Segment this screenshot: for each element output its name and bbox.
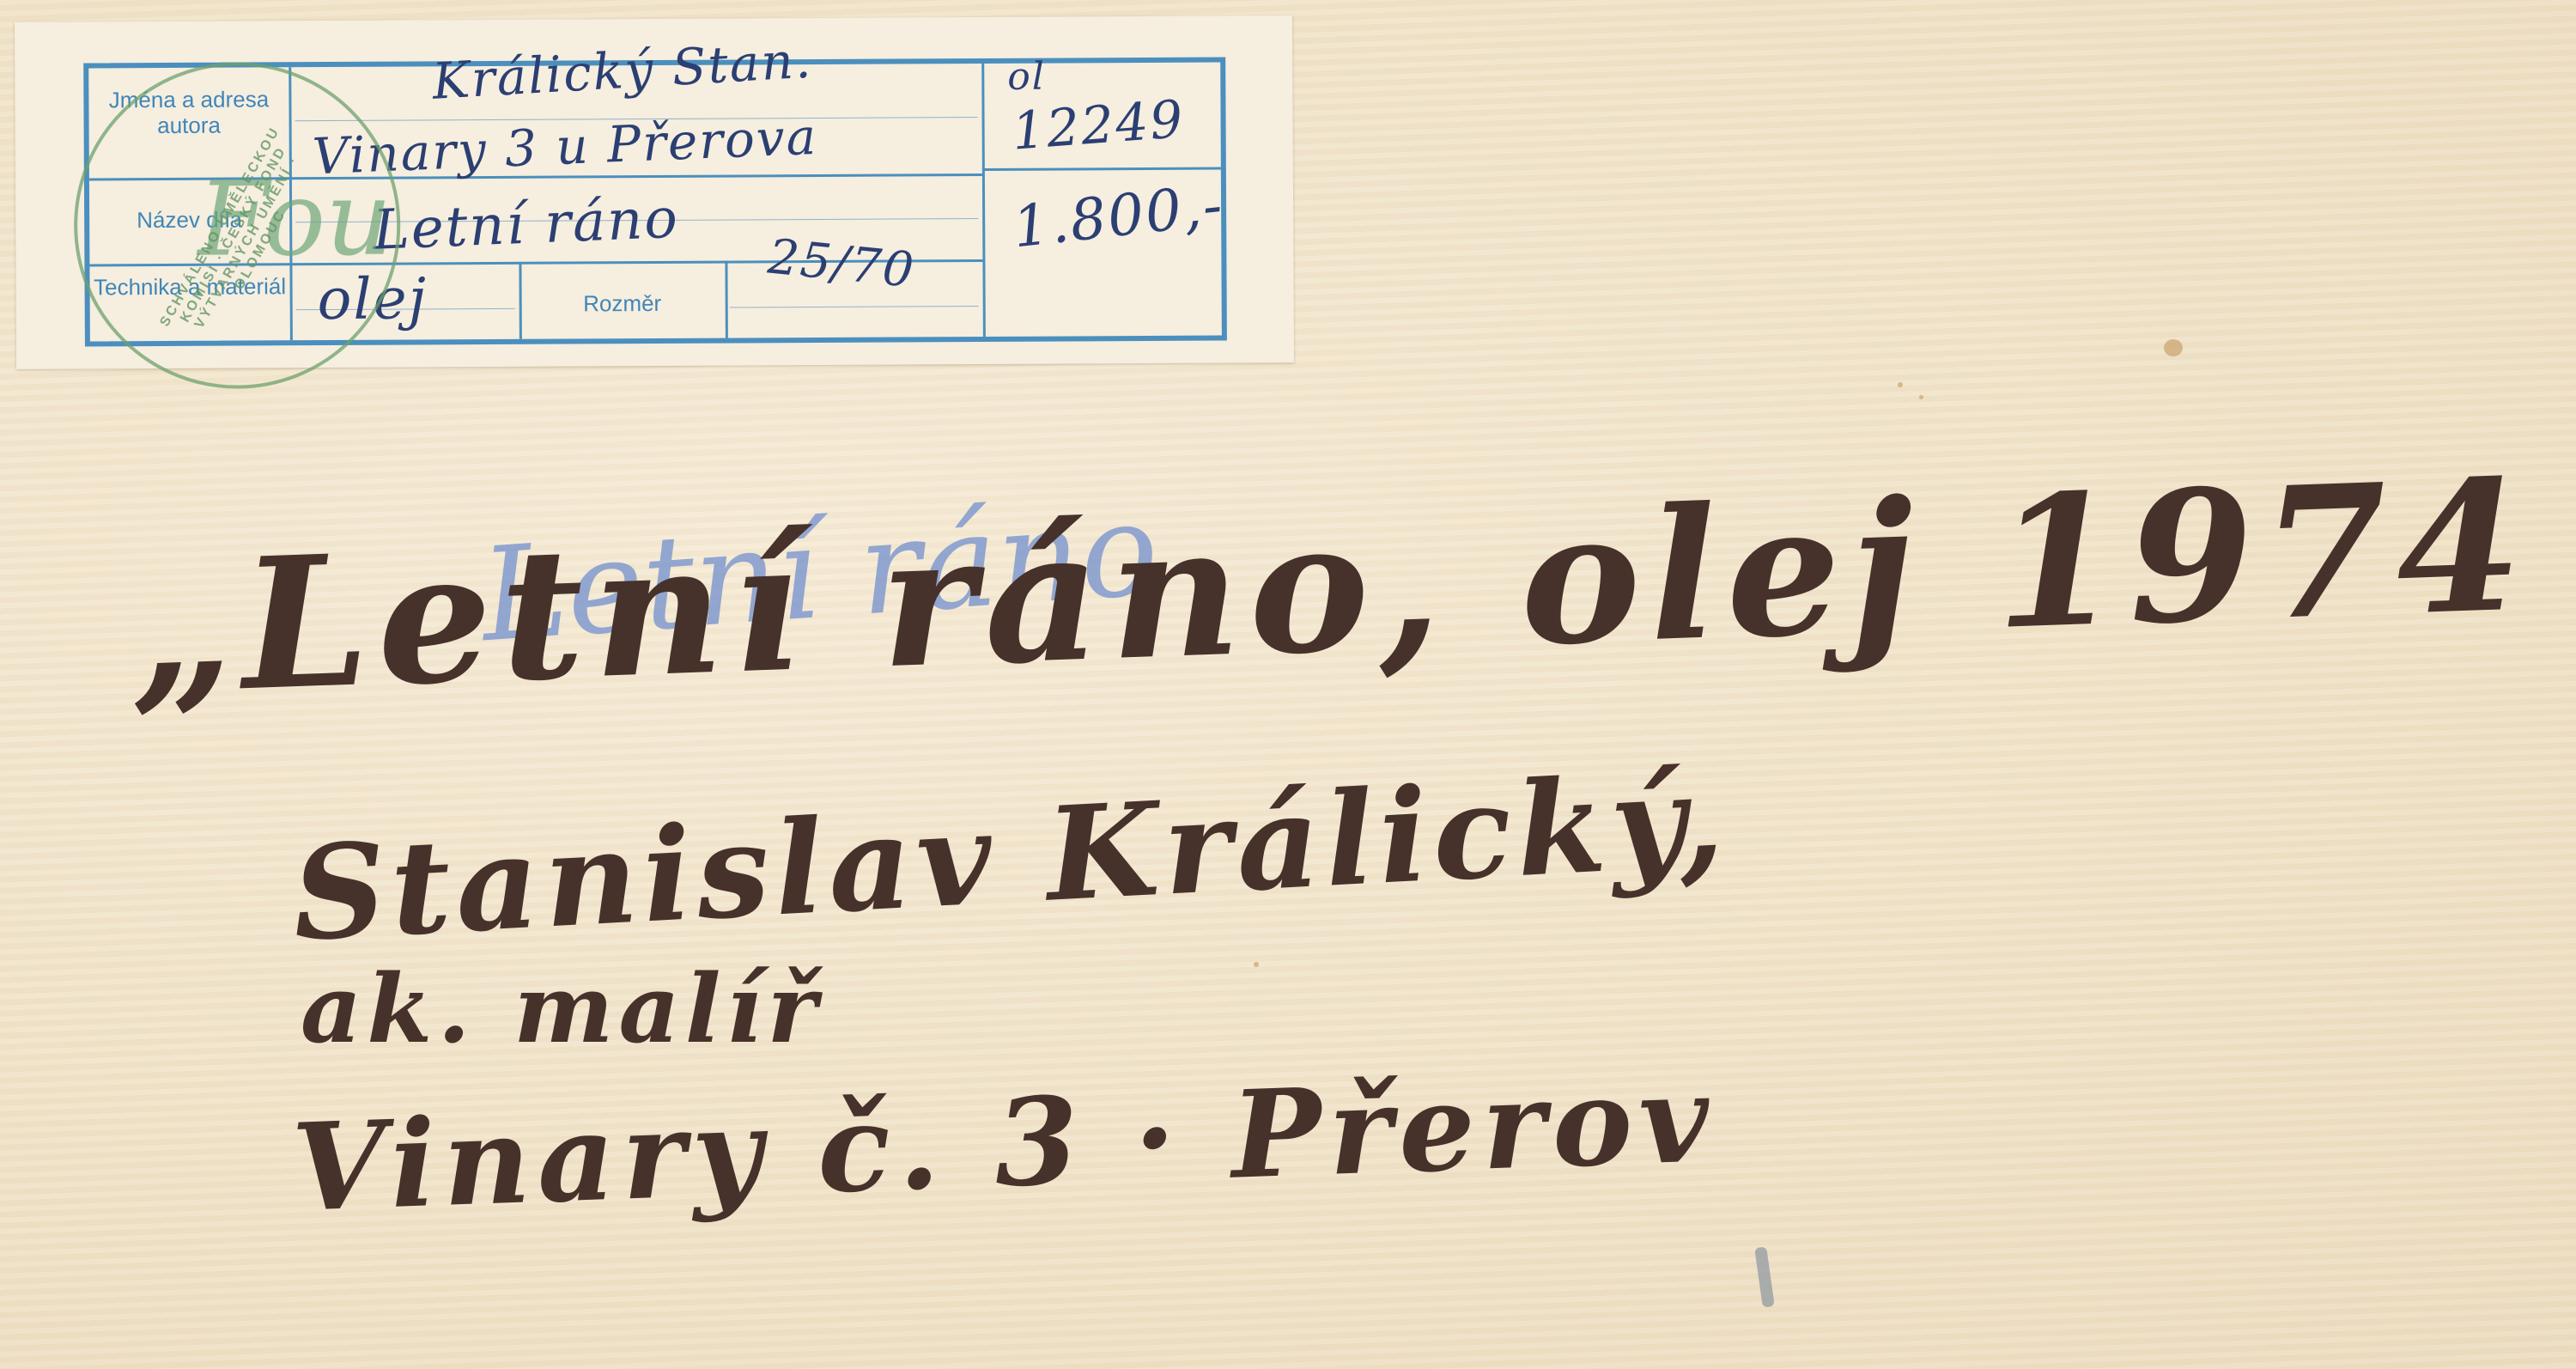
speck bbox=[2164, 339, 2183, 356]
speck bbox=[1898, 382, 1903, 387]
author-name-handwritten: Králický Stan. bbox=[431, 30, 814, 110]
title-field-label: Název díla bbox=[89, 206, 289, 233]
grid-divider bbox=[289, 67, 293, 340]
exhibition-label: Jména a adresa autora Název díla Technik… bbox=[15, 15, 1294, 369]
speck bbox=[1254, 962, 1259, 967]
speck bbox=[1919, 395, 1923, 399]
technique-field-label: Technika a materiál bbox=[89, 273, 289, 300]
writing-rule bbox=[730, 306, 979, 308]
price-handwritten: 1.800,- bbox=[1010, 172, 1227, 261]
author-field-label: Jména a adresa autora bbox=[88, 86, 289, 138]
grid-divider bbox=[725, 261, 727, 338]
catalog-prefix-handwritten: ol bbox=[1007, 55, 1046, 99]
inscription-artist-title: ak. malíř bbox=[301, 953, 822, 1064]
technique-handwritten: olej bbox=[317, 265, 428, 332]
catalog-number-handwritten: 12249 bbox=[1010, 89, 1187, 162]
label-form-grid: Jména a adresa autora Název díla Technik… bbox=[83, 58, 1227, 347]
size-handwritten: 25/70 bbox=[766, 229, 918, 300]
title-handwritten: Letní ráno bbox=[372, 187, 680, 263]
grid-divider bbox=[982, 167, 1221, 171]
grid-divider bbox=[981, 64, 986, 337]
size-field-label: Rozměr bbox=[519, 290, 726, 317]
